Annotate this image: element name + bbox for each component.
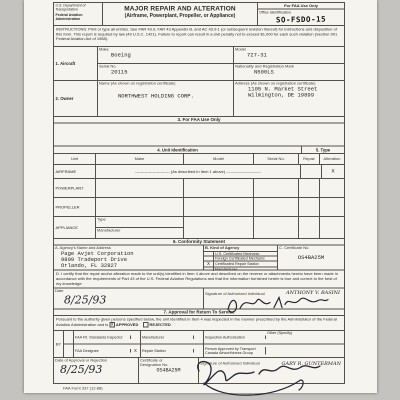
- by-label: BY: [54, 331, 64, 357]
- instructions-row: INSTRUCTIONS: Print or type all entries.…: [54, 26, 344, 47]
- approval-by-table: BY FAA Flt. Standards Inspector Manufact…: [54, 331, 344, 358]
- airframe-alteration-cell: X: [322, 165, 344, 178]
- faa-use-empty-box: [54, 124, 344, 147]
- dot-faa-logo: U.S. Department of Transportation Federa…: [54, 3, 103, 25]
- certificate-no-value: OS4BA25M: [278, 255, 344, 261]
- conformity-date-field: Date 8/25/93: [54, 289, 204, 309]
- form-scale-wrapper: U.S. Department of Transportation Federa…: [53, 2, 344, 391]
- type-title: 5. Type: [302, 147, 344, 154]
- col-serial: Serial No.: [254, 154, 299, 164]
- approval-signatory-name: GARY R. GUNTERMAN: [282, 361, 341, 367]
- certificate-no-label: C. Certificate No.: [278, 246, 344, 251]
- faa-use-only-box: For FAA Use Only Office Identification S…: [258, 3, 344, 25]
- conformity-statement-text: D. I certify that the repair and/or alte…: [54, 271, 344, 288]
- aircraft-section-label: 1. Aircraft: [54, 47, 98, 80]
- unit-identification-header: 4. Unit Identification 5. Type: [54, 147, 344, 155]
- agency-address2-value: Orlando, FL 32827: [54, 263, 203, 269]
- kind-of-agency-field: B. Kind of Agency U.S. Certificated Mech…: [204, 246, 278, 270]
- owner-section-label: 2. Owner: [54, 81, 98, 116]
- aircraft-serial-field: Serial No. 20115: [98, 64, 234, 80]
- repair-station-by-checkbox: X: [131, 345, 141, 358]
- aircraft-model-field: Model 727-31: [234, 47, 344, 63]
- powerplant-unit-label: POWERPLANT: [54, 179, 96, 197]
- appliance-row: APPLIANCE Type Manufacturer: [54, 217, 344, 239]
- approved-label: APPROVED: [116, 322, 138, 327]
- conformity-signature-label: Signature of Authorized Individual: [204, 292, 266, 297]
- powerplant-make-cell: [96, 179, 184, 197]
- conformity-date-value: 8/25/93: [54, 294, 203, 307]
- agency-name: U.S. Department of Transportation: [56, 4, 101, 12]
- approval-certificate-value: OS4BA25M: [139, 368, 198, 374]
- inspection-authorization-label: Inspection Authorization: [204, 335, 266, 339]
- faa-form-337: U.S. Department of Transportation Federa…: [53, 2, 345, 384]
- propeller-row: PROPELLER: [54, 198, 344, 217]
- conformity-abc-row: A. Agency's Name and Address Page Avjet …: [54, 246, 344, 271]
- instructions-text: INSTRUCTIONS: Print or type all entries.…: [54, 26, 344, 46]
- other-specify-value: [266, 345, 344, 358]
- form-header: U.S. Department of Transportation Federa…: [54, 3, 344, 26]
- propeller-serial-cell: [254, 198, 299, 216]
- repair-station-by-label: Repair Station: [141, 349, 194, 353]
- conformity-date-signature-row: Date 8/25/93 Signature of Authorized Ind…: [54, 289, 344, 310]
- agency-name-address-field: A. Agency's Name and Address Page Avjet …: [54, 246, 204, 270]
- appliance-manufacturer-label: Manufacturer: [96, 228, 183, 238]
- owner-address-field: Address (As shown on registration certif…: [234, 81, 344, 116]
- col-repair: Repair: [299, 154, 320, 164]
- by-row-2: FAA Designee X Repair Station Person App…: [64, 345, 344, 358]
- appliance-repair-cell: [299, 217, 320, 238]
- foreign-mechanic-label: Foreign Certificated Mechanic: [214, 257, 266, 261]
- col-make: Make: [96, 154, 184, 164]
- rejected-label: REJECTED: [149, 322, 170, 327]
- form-subtitle: (Airframe, Powerplant, Propeller, or App…: [103, 13, 257, 19]
- agency-subname: Federal Aviation Administration: [56, 14, 101, 22]
- faa-inspector-label: FAA Flt. Standards Inspector: [74, 335, 131, 339]
- appliance-alteration-cell: [320, 217, 344, 238]
- airframe-span-text: -------------------------- (As described…: [96, 165, 301, 178]
- faa-designee-label: FAA Designee: [74, 349, 131, 353]
- appliance-model-cell: [184, 217, 254, 238]
- approval-signature-label: Signature of Authorized Individual: [199, 361, 261, 366]
- approval-statement-text: Pursuant to the authority given persons …: [56, 317, 337, 327]
- form-number: FAA Form 337 (12-88): [63, 386, 344, 391]
- other-specify-label: Other (Specify): [266, 331, 344, 335]
- col-alteration: Alteration: [320, 154, 344, 164]
- transport-canada-checkbox: [194, 345, 204, 358]
- aircraft-registration-value: N500LS: [234, 69, 344, 75]
- propeller-alteration-cell: [320, 198, 344, 216]
- aircraft-make-value: Boeing: [98, 52, 233, 58]
- us-mechanic-label: U.S. Certificated Mechanic: [214, 252, 260, 256]
- approval-statement-row: Pursuant to the authority given persons …: [54, 316, 344, 331]
- appliance-serial-cell: [254, 217, 299, 238]
- owner-name-value: NORTHWEST HOLDING CORP.: [98, 86, 233, 99]
- form-title-block: MAJOR REPAIR AND ALTERATION (Airframe, P…: [103, 3, 258, 25]
- aircraft-serial-value: 20115: [98, 69, 233, 75]
- manufacturer-by-label: Manufacturer: [141, 335, 194, 339]
- approval-date-field: Date of Approval or Rejection 8/25/93: [54, 358, 139, 383]
- faa-inspector-checkbox: [64, 331, 74, 344]
- approval-certificate-label: Certificate or Designation No.: [139, 358, 198, 368]
- powerplant-model-cell: [184, 179, 254, 197]
- document-page: U.S. Department of Transportation Federa…: [24, 0, 377, 393]
- airframe-unit-label: AIRFRAME: [54, 165, 96, 178]
- unit-identification-title: 4. Unit Identification: [54, 147, 302, 154]
- powerplant-alteration-cell: [320, 179, 344, 197]
- by-row-1: FAA Flt. Standards Inspector Manufacture…: [64, 331, 344, 345]
- propeller-model-cell: [184, 198, 254, 216]
- powerplant-repair-cell: [299, 179, 320, 197]
- scan-background: U.S. Department of Transportation Federa…: [0, 0, 400, 400]
- aircraft-model-value: 727-31: [234, 52, 344, 58]
- propeller-make-cell: [96, 198, 184, 216]
- conformity-signatory-name: ANTHONY V. BASINI: [286, 290, 340, 296]
- faa-designee-checkbox: [64, 345, 74, 358]
- conformity-statement-row: D. I certify that the repair and/or alte…: [54, 271, 344, 289]
- col-model: Model: [184, 154, 254, 164]
- appliance-type-label: Type: [96, 217, 183, 228]
- aircraft-section: 1. Aircraft Make Boeing Model 727-31 Ser…: [54, 47, 344, 81]
- inspection-authorization-checkbox: [194, 331, 204, 344]
- office-identification-stamp: SO-FSDO-15: [258, 14, 344, 24]
- approval-date-cert-signature-row: Date of Approval or Rejection 8/25/93 Ce…: [54, 358, 344, 383]
- certificate-no-field: C. Certificate No. OS4BA25M: [278, 246, 344, 270]
- owner-section: 2. Owner Name (As shown on registration …: [54, 81, 344, 117]
- appliance-unit-label: APPLIANCE: [54, 217, 96, 238]
- approval-date-value: 8/25/93: [54, 363, 138, 376]
- powerplant-serial-cell: [254, 179, 299, 197]
- foreign-mechanic-checkbox: [204, 257, 214, 261]
- propeller-unit-label: PROPELLER: [54, 198, 96, 216]
- approval-signature-field: Signature of Authorized Individual GARY …: [199, 358, 344, 383]
- us-mechanic-checkbox: [204, 252, 214, 256]
- manufacturer-by-checkbox: [131, 331, 141, 344]
- unit-table-column-headers: Unit Make Model Serial No. Repair Altera…: [54, 154, 344, 165]
- propeller-repair-cell: [299, 198, 320, 216]
- airframe-repair-cell: [301, 165, 322, 178]
- appliance-type-manufacturer: Type Manufacturer: [96, 217, 184, 238]
- aircraft-make-field: Make Boeing: [98, 47, 234, 63]
- airframe-row: AIRFRAME -------------------------- (As …: [54, 165, 344, 179]
- approval-certificate-field: Certificate or Designation No. OS4BA25M: [139, 358, 199, 383]
- rejected-checkbox: [143, 322, 149, 328]
- repair-station-checkbox: X: [204, 261, 214, 266]
- owner-name-field: Name (As shown on registration certifica…: [98, 81, 234, 116]
- transport-canada-label: Person Approved by Transport Canada Airw…: [204, 347, 266, 355]
- form-title: MAJOR REPAIR AND ALTERATION: [103, 5, 257, 13]
- approved-checkbox: X: [109, 322, 115, 328]
- conformity-signature-field: Signature of Authorized Individual ANTHO…: [204, 289, 344, 309]
- aircraft-registration-field: Nationality and Registration Mark N500LS: [234, 64, 344, 80]
- repair-station-label: Certificated Repair Station: [214, 262, 260, 266]
- owner-address-line2: Wilmington, DE 19899: [234, 92, 344, 98]
- powerplant-row: POWERPLANT: [54, 179, 344, 198]
- col-unit: Unit: [54, 154, 96, 164]
